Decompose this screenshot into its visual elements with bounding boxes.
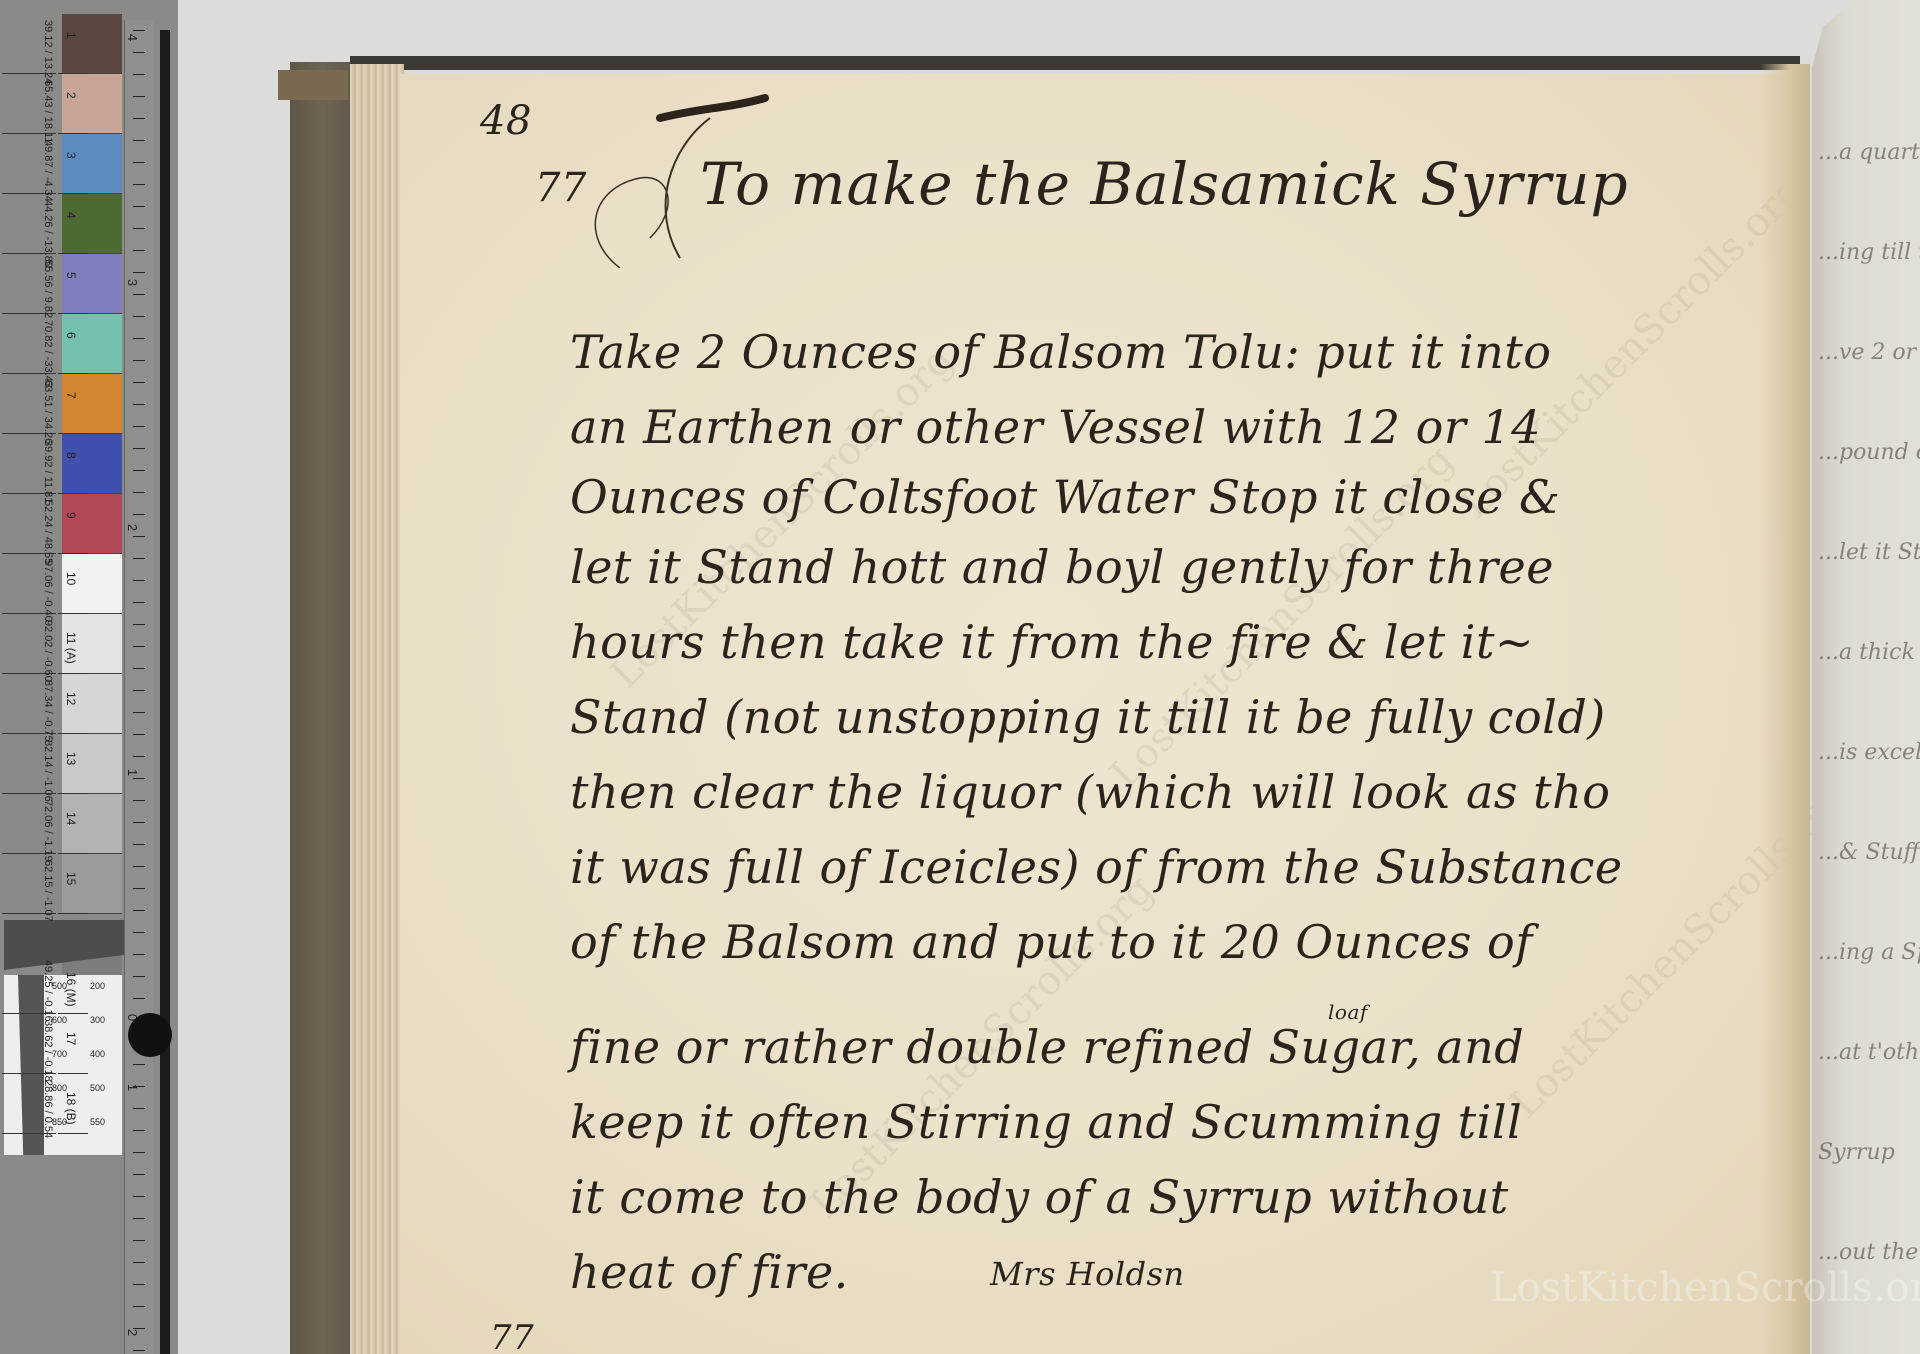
ruler-tick bbox=[133, 1350, 145, 1351]
ruler-tick bbox=[133, 140, 145, 141]
patch-number: 7 bbox=[58, 374, 88, 434]
patch-values: 55.56 / 9.82 bbox=[2, 254, 56, 314]
ruler-tick bbox=[133, 1152, 145, 1153]
patch-values: 39.12 / 13.24 bbox=[2, 14, 56, 74]
patch-number: 4 bbox=[58, 194, 88, 254]
ruler-tick bbox=[133, 272, 145, 273]
patch-number: 17 bbox=[58, 1014, 88, 1074]
ruler-tick bbox=[133, 1130, 145, 1131]
ruler-black-bar bbox=[160, 30, 170, 1354]
resolution-label: 300 bbox=[90, 1015, 105, 1025]
facing-page: ...a quart of......ing till the......ve … bbox=[1812, 0, 1920, 1354]
patch-values: 49.25 / -0.16 bbox=[2, 954, 56, 1014]
recipe-line: it come to the body of a Syrrup without bbox=[570, 1170, 1509, 1224]
ruler-tick bbox=[133, 558, 145, 559]
patch-number: 16 (M) bbox=[58, 954, 88, 1014]
ruler-tick bbox=[133, 1108, 145, 1109]
patch-number: 15 bbox=[58, 854, 88, 914]
recipe-line: hours then take it from the fire & let i… bbox=[570, 615, 1534, 669]
recipe-line: Ounces of Coltsfoot Water Stop it close … bbox=[570, 470, 1560, 524]
facing-page-text: ...ing till the... bbox=[1818, 240, 1920, 265]
patch-number: 8 bbox=[58, 434, 88, 494]
patch-values: 92.02 / -0.60 bbox=[2, 614, 56, 674]
ruler-tick bbox=[133, 778, 145, 779]
facing-page-text: ...pound of... bbox=[1818, 440, 1920, 465]
facing-page-text: ...ve 2 or 3 hours... bbox=[1818, 340, 1920, 365]
ruler-tick bbox=[133, 294, 145, 295]
patch-values: 63.51 / 34.26 bbox=[2, 374, 56, 434]
ruler-tick bbox=[133, 1174, 145, 1175]
ruler-tick bbox=[133, 74, 145, 75]
ruler-tick bbox=[133, 96, 145, 97]
recipe-line: fine or rather double refined Sugar, and bbox=[570, 1020, 1524, 1074]
registration-circle-icon bbox=[128, 1013, 172, 1057]
ruler-tick bbox=[133, 976, 145, 977]
patch-values: 65.43 / 18.11 bbox=[2, 74, 56, 134]
ruler-tick bbox=[133, 1196, 145, 1197]
patch-values: 82.14 / -1.06 bbox=[2, 734, 56, 794]
ruler-tick bbox=[133, 822, 145, 823]
ruler-tick bbox=[133, 690, 145, 691]
recipe-number: 77 bbox=[535, 165, 587, 211]
patch-values: 39.92 / 11.81 bbox=[2, 434, 56, 494]
ruler-tick bbox=[133, 118, 145, 119]
patch-number: 2 bbox=[58, 74, 88, 134]
facing-page-text: ...a thick Syrrup... bbox=[1818, 640, 1920, 665]
book-cover-top-edge bbox=[350, 56, 1800, 70]
recipe-line: then clear the liquor (which will look a… bbox=[570, 765, 1610, 819]
recipe-line: keep it often Stirring and Scumming till bbox=[570, 1095, 1522, 1149]
patch-values: 52.24 / 48.55 bbox=[2, 494, 56, 554]
recipe-title: To make the Balsamick Syrrup bbox=[700, 150, 1629, 218]
ruler-tick bbox=[133, 668, 145, 669]
ruler-tick bbox=[133, 206, 145, 207]
facing-page-text: Syrrup bbox=[1818, 1140, 1895, 1165]
ruler-tick bbox=[133, 866, 145, 867]
recipe-line: an Earthen or other Vessel with 12 or 14 bbox=[570, 400, 1541, 454]
ruler-tick bbox=[133, 1262, 145, 1263]
facing-page-text: ...& Stuffing... bbox=[1818, 840, 1920, 865]
resolution-label: 400 bbox=[90, 1049, 105, 1059]
facing-page-text: ...at t'other... bbox=[1818, 1040, 1920, 1065]
resolution-label: 550 bbox=[90, 1117, 105, 1127]
ruler-tick bbox=[133, 404, 145, 405]
patch-number: 12 bbox=[58, 674, 88, 734]
patch-values: 97.06 / -0.40 bbox=[2, 554, 56, 614]
facing-page-text: ...ing a Spoon... bbox=[1818, 940, 1920, 965]
ruler-tick bbox=[133, 470, 145, 471]
ruler-tick bbox=[133, 932, 145, 933]
ruler-tick bbox=[133, 1306, 145, 1307]
book-cover-corner bbox=[278, 70, 348, 100]
patch-values: 44.26 / -13.80 bbox=[2, 194, 56, 254]
patch-number: 1 bbox=[58, 14, 88, 74]
ruler-tick bbox=[133, 910, 145, 911]
resolution-label: 500 bbox=[90, 1083, 105, 1093]
ruler-tick bbox=[133, 954, 145, 955]
ruler-tick bbox=[133, 426, 145, 427]
ruler-tick bbox=[133, 382, 145, 383]
ruler-tick bbox=[133, 888, 145, 889]
recipe-line: Take 2 Ounces of Balsom Tolu: put it int… bbox=[570, 325, 1551, 379]
facing-page-text: ...is excellent... bbox=[1818, 740, 1920, 765]
patch-values: 49.87 / -4.34 bbox=[2, 134, 56, 194]
ruler-tick bbox=[133, 162, 145, 163]
color-calibration-target: 4321012 500600700800850 200300400500550 … bbox=[0, 0, 178, 1354]
recipe-line: Stand (not unstopping it till it be full… bbox=[570, 690, 1606, 744]
ruler-tick bbox=[133, 360, 145, 361]
patch-values: 62.15 / -1.07 bbox=[2, 854, 56, 914]
ruler-label: 3 bbox=[125, 279, 140, 286]
ruler-tick bbox=[133, 184, 145, 185]
facing-page-text: ...a quart of... bbox=[1818, 140, 1920, 165]
ruler-tick bbox=[133, 844, 145, 845]
ruler-tick bbox=[133, 1284, 145, 1285]
ruler-label: 4 bbox=[125, 34, 140, 41]
ruler-label: 2 bbox=[125, 1329, 140, 1336]
page-edges bbox=[350, 64, 404, 1354]
patch-values: 72.06 / -1.19 bbox=[2, 794, 56, 854]
scale-ruler: 4321012 bbox=[124, 20, 153, 1354]
next-recipe-number: 77 bbox=[490, 1318, 534, 1354]
watermark: LostKitchenScrolls.org bbox=[1490, 1265, 1920, 1311]
patch-number: 5 bbox=[58, 254, 88, 314]
ruler-tick bbox=[133, 228, 145, 229]
ruler-tick bbox=[133, 492, 145, 493]
patch-number: 11 (A) bbox=[58, 614, 88, 674]
patch-values: 70.82 / -33.43 bbox=[2, 314, 56, 374]
facing-page-text: ...out the Juice... bbox=[1818, 1240, 1920, 1265]
patch-number: 3 bbox=[58, 134, 88, 194]
ruler-tick bbox=[133, 338, 145, 339]
ruler-tick bbox=[133, 316, 145, 317]
recipe-line: of the Balsom and put to it 20 Ounces of bbox=[570, 915, 1533, 969]
ruler-tick bbox=[133, 1218, 145, 1219]
patch-values: 87.34 / -0.75 bbox=[2, 674, 56, 734]
patch-values: 38.62 / -0.18 bbox=[2, 1014, 56, 1074]
ruler-tick bbox=[133, 756, 145, 757]
ruler-tick bbox=[133, 1240, 145, 1241]
ruler-tick bbox=[133, 734, 145, 735]
ruler-label: 1 bbox=[125, 769, 140, 776]
ruler-tick bbox=[133, 1064, 145, 1065]
ruler-tick bbox=[133, 448, 145, 449]
patch-values: 28.86 / 0.54 bbox=[2, 1074, 56, 1134]
ruler-tick bbox=[133, 536, 145, 537]
ruler-tick bbox=[133, 624, 145, 625]
patch-number: 18 (B) bbox=[58, 1074, 88, 1134]
ruler-tick bbox=[133, 646, 145, 647]
resolution-label: 200 bbox=[90, 981, 105, 991]
page-gutter bbox=[1760, 64, 1810, 1354]
patch-number: 14 bbox=[58, 794, 88, 854]
ruler-tick bbox=[133, 602, 145, 603]
ruler-label: 1 bbox=[125, 1084, 140, 1091]
ruler-label: 2 bbox=[125, 524, 140, 531]
recipe-line: let it Stand hott and boyl gently for th… bbox=[570, 540, 1554, 594]
page-number: 48 bbox=[480, 98, 532, 144]
patch-number: 10 bbox=[58, 554, 88, 614]
ruler-tick bbox=[133, 52, 145, 53]
ruler-tick bbox=[133, 800, 145, 801]
ruler-tick bbox=[133, 514, 145, 515]
recipe-line: it was full of Iceicles) of from the Sub… bbox=[570, 840, 1623, 894]
patch-number: 13 bbox=[58, 734, 88, 794]
ruler-tick bbox=[133, 30, 145, 31]
ruler-tick bbox=[133, 712, 145, 713]
patch-number: 6 bbox=[58, 314, 88, 374]
recipe-attribution: Mrs Holdsn bbox=[990, 1255, 1185, 1293]
interlinear-insertion: loaf bbox=[1328, 1000, 1368, 1024]
ruler-tick bbox=[133, 580, 145, 581]
ruler-tick bbox=[133, 998, 145, 999]
ruler-tick bbox=[133, 250, 145, 251]
patch-number: 9 bbox=[58, 494, 88, 554]
facing-page-text: ...let it Stand... bbox=[1818, 540, 1920, 565]
recipe-line: heat of fire. bbox=[570, 1245, 849, 1299]
